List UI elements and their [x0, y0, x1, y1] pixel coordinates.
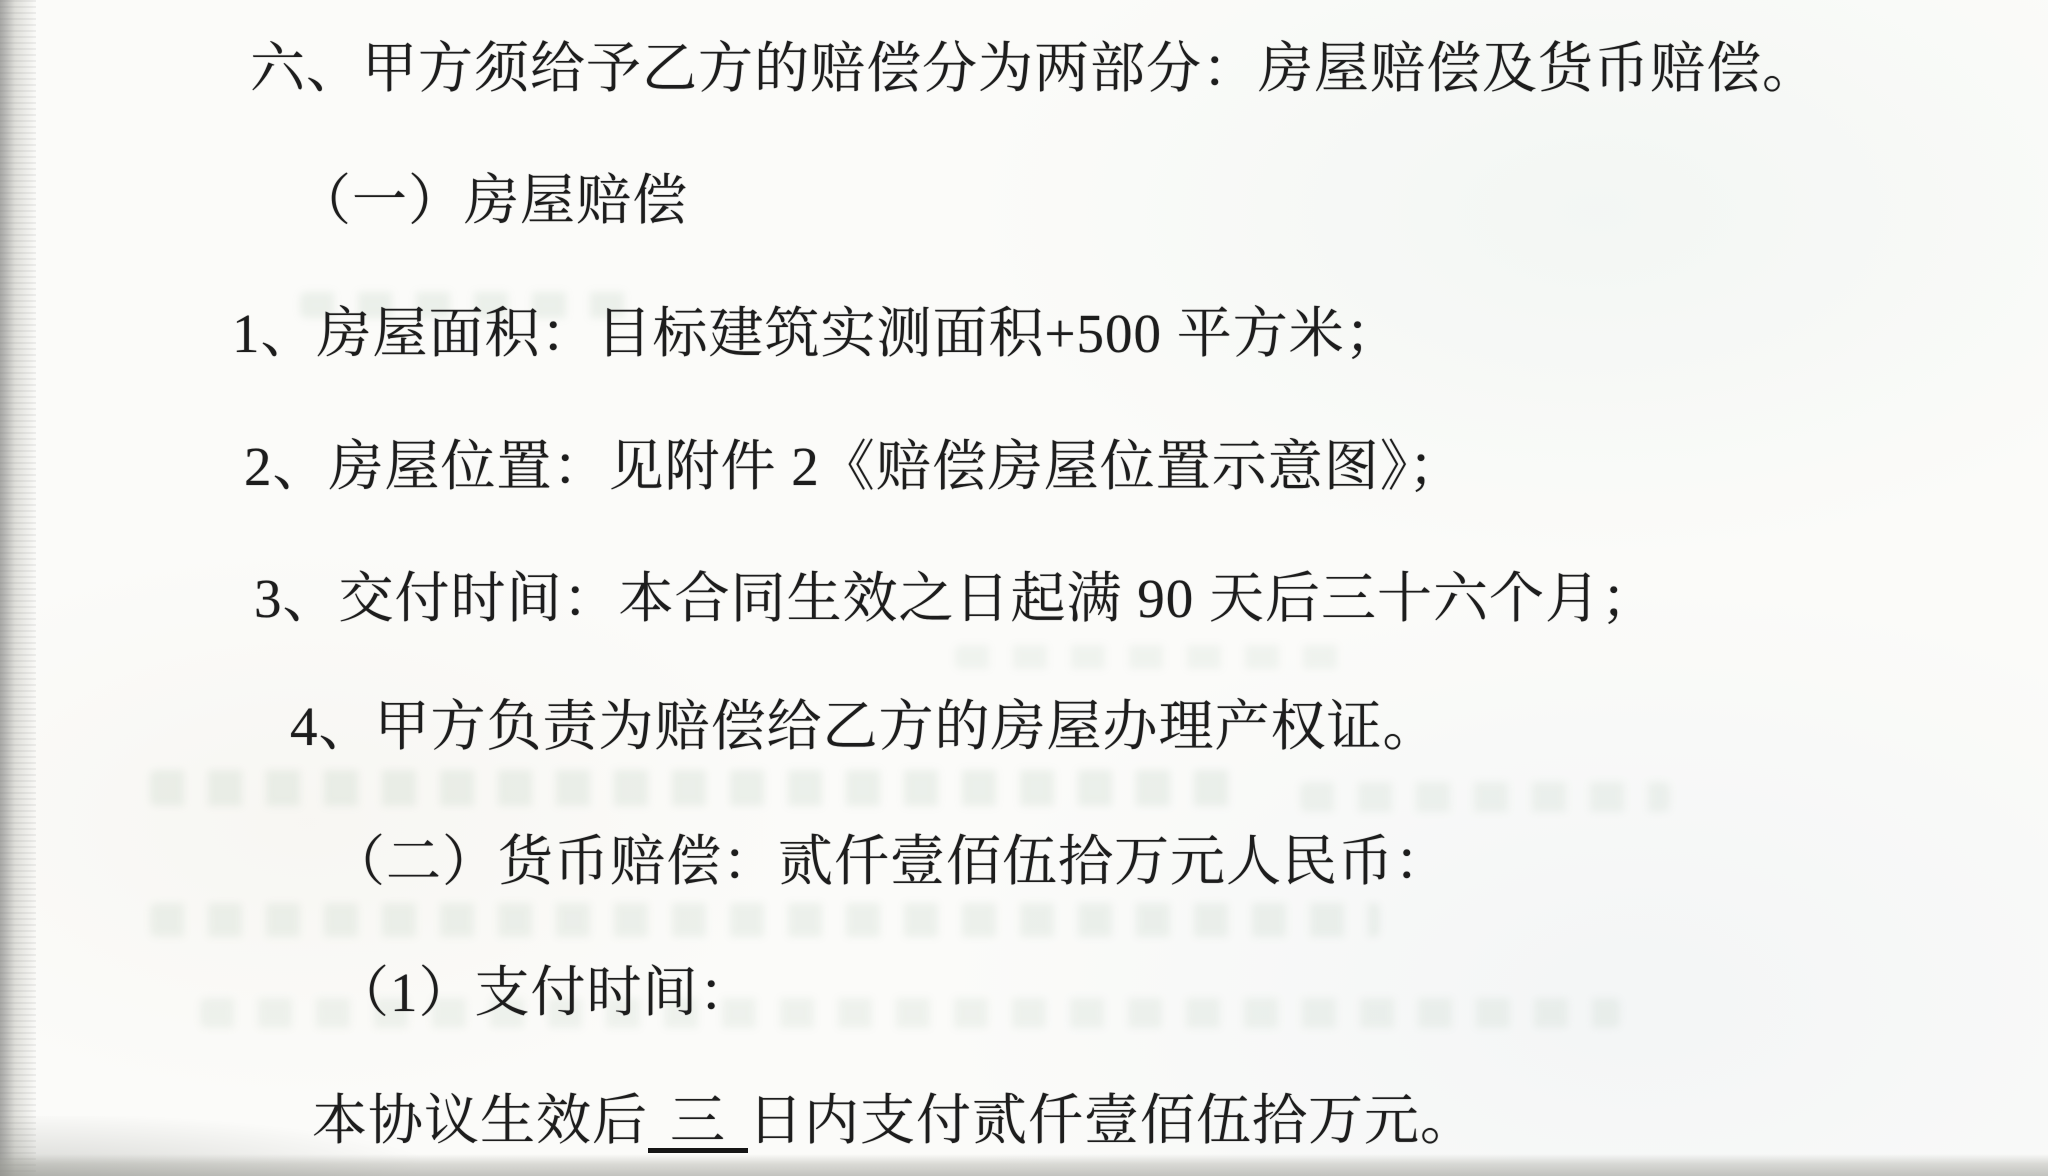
bleed-through-mark	[1300, 782, 1670, 812]
item-3-delivery-time: 3、交付时间：本合同生效之日起满 90 天后三十六个月；	[254, 568, 1657, 630]
clause-6-heading: 六、甲方须给予乙方的赔偿分为两部分：房屋赔偿及货币赔偿。	[250, 38, 1818, 100]
payment-days-blank-value: 三	[648, 1093, 748, 1153]
section-1-house-compensation-heading: （一）房屋赔偿	[296, 170, 688, 232]
item-1-house-area: 1、房屋面积：目标建筑实测面积+500 平方米；	[232, 303, 1401, 365]
payment-term-line: 本协议生效后三日内支付贰仟壹佰伍拾万元。	[312, 1090, 1476, 1153]
section-2-monetary-compensation-heading: （二）货币赔偿：贰仟壹佰伍拾万元人民币：	[330, 831, 1450, 893]
payment-term-after-blank: 日内支付贰仟壹佰伍拾万元。	[748, 1090, 1476, 1151]
bleed-through-mark	[955, 645, 1355, 669]
scanned-document-page: 六、甲方须给予乙方的赔偿分为两部分：房屋赔偿及货币赔偿。 （一）房屋赔偿 1、房…	[0, 0, 2048, 1176]
item-2-house-location: 2、房屋位置：见附件 2《赔偿房屋位置示意图》；	[244, 436, 1464, 498]
payment-term-before-blank: 本协议生效后	[312, 1090, 648, 1151]
bleed-through-mark	[150, 770, 1250, 806]
scanner-edge-shadow-bottom	[0, 1154, 2048, 1176]
item-4-property-certificate: 4、甲方负责为赔偿给乙方的房屋办理产权证。	[290, 696, 1439, 758]
payment-time-heading: （1）支付时间：	[334, 962, 755, 1024]
scanner-edge-shadow-left	[0, 0, 36, 1176]
bleed-through-mark	[150, 903, 1380, 937]
